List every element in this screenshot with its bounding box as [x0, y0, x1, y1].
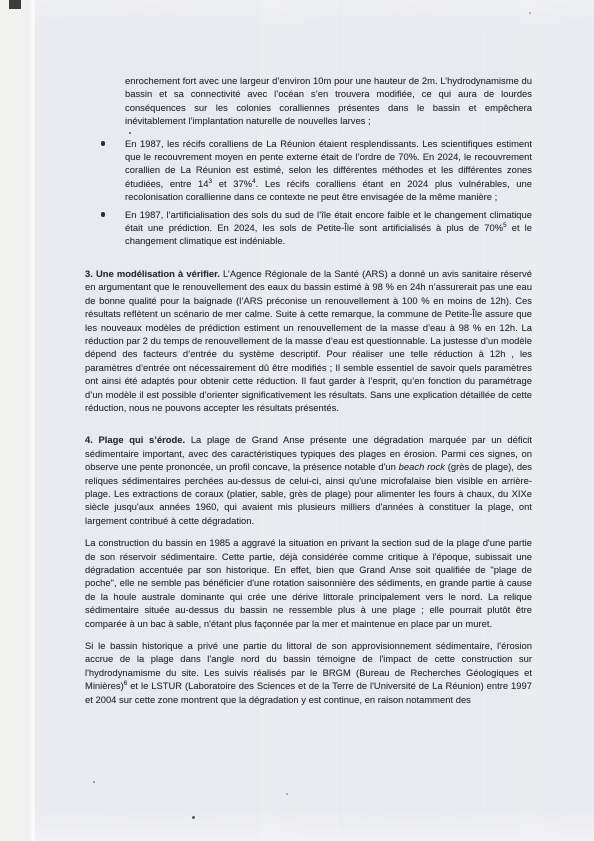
paragraph-text: enrochement fort avec une largeur d’envi… [125, 75, 532, 126]
scan-speck [529, 12, 531, 14]
bullet-list: En 1987, les récifs coralliens de La Réu… [85, 137, 532, 248]
bullet-text: et 37% [212, 178, 252, 189]
paragraph-erosion: Si le bassin historique a privé une part… [85, 639, 532, 706]
paragraph-text: La construction du bassin en 1985 a aggr… [85, 537, 532, 628]
document-body: enrochement fort avec une largeur d’envi… [85, 74, 532, 715]
paragraph-construction: La construction du bassin en 1985 a aggr… [85, 536, 532, 630]
bullet-icon [101, 212, 105, 216]
section-3-text: L’Agence Régionale de la Santé (ARS) a d… [85, 268, 532, 413]
scan-speck [192, 816, 195, 819]
italic-term: beach rock [399, 461, 445, 472]
paragraph-continuation: enrochement fort avec une largeur d’envi… [125, 74, 532, 128]
scan-left-edge [0, 0, 36, 841]
section-4-heading: 4. Plage qui s’érode. [85, 434, 185, 445]
scan-speck [93, 781, 95, 783]
section-4-paragraph: 4. Plage qui s’érode. La plage de Grand … [85, 433, 532, 527]
paragraph-text: et le LSTUR (Laboratoire des Sciences et… [85, 680, 532, 704]
bullet-text: En 1987, l’artificialisation des sols du… [125, 209, 532, 233]
bullet-item-soils: En 1987, l’artificialisation des sols du… [125, 208, 532, 248]
scan-edge-mark [9, 0, 21, 9]
scan-speck [286, 793, 288, 795]
bullet-item-reefs: En 1987, les récifs coralliens de La Réu… [125, 137, 532, 204]
section-3-paragraph: 3. Une modélisation à vérifier. L’Agence… [85, 267, 532, 414]
scanned-document-page: enrochement fort avec une largeur d’envi… [0, 0, 594, 841]
section-3-heading: 3. Une modélisation à vérifier. [85, 268, 220, 279]
bullet-icon [101, 141, 105, 145]
